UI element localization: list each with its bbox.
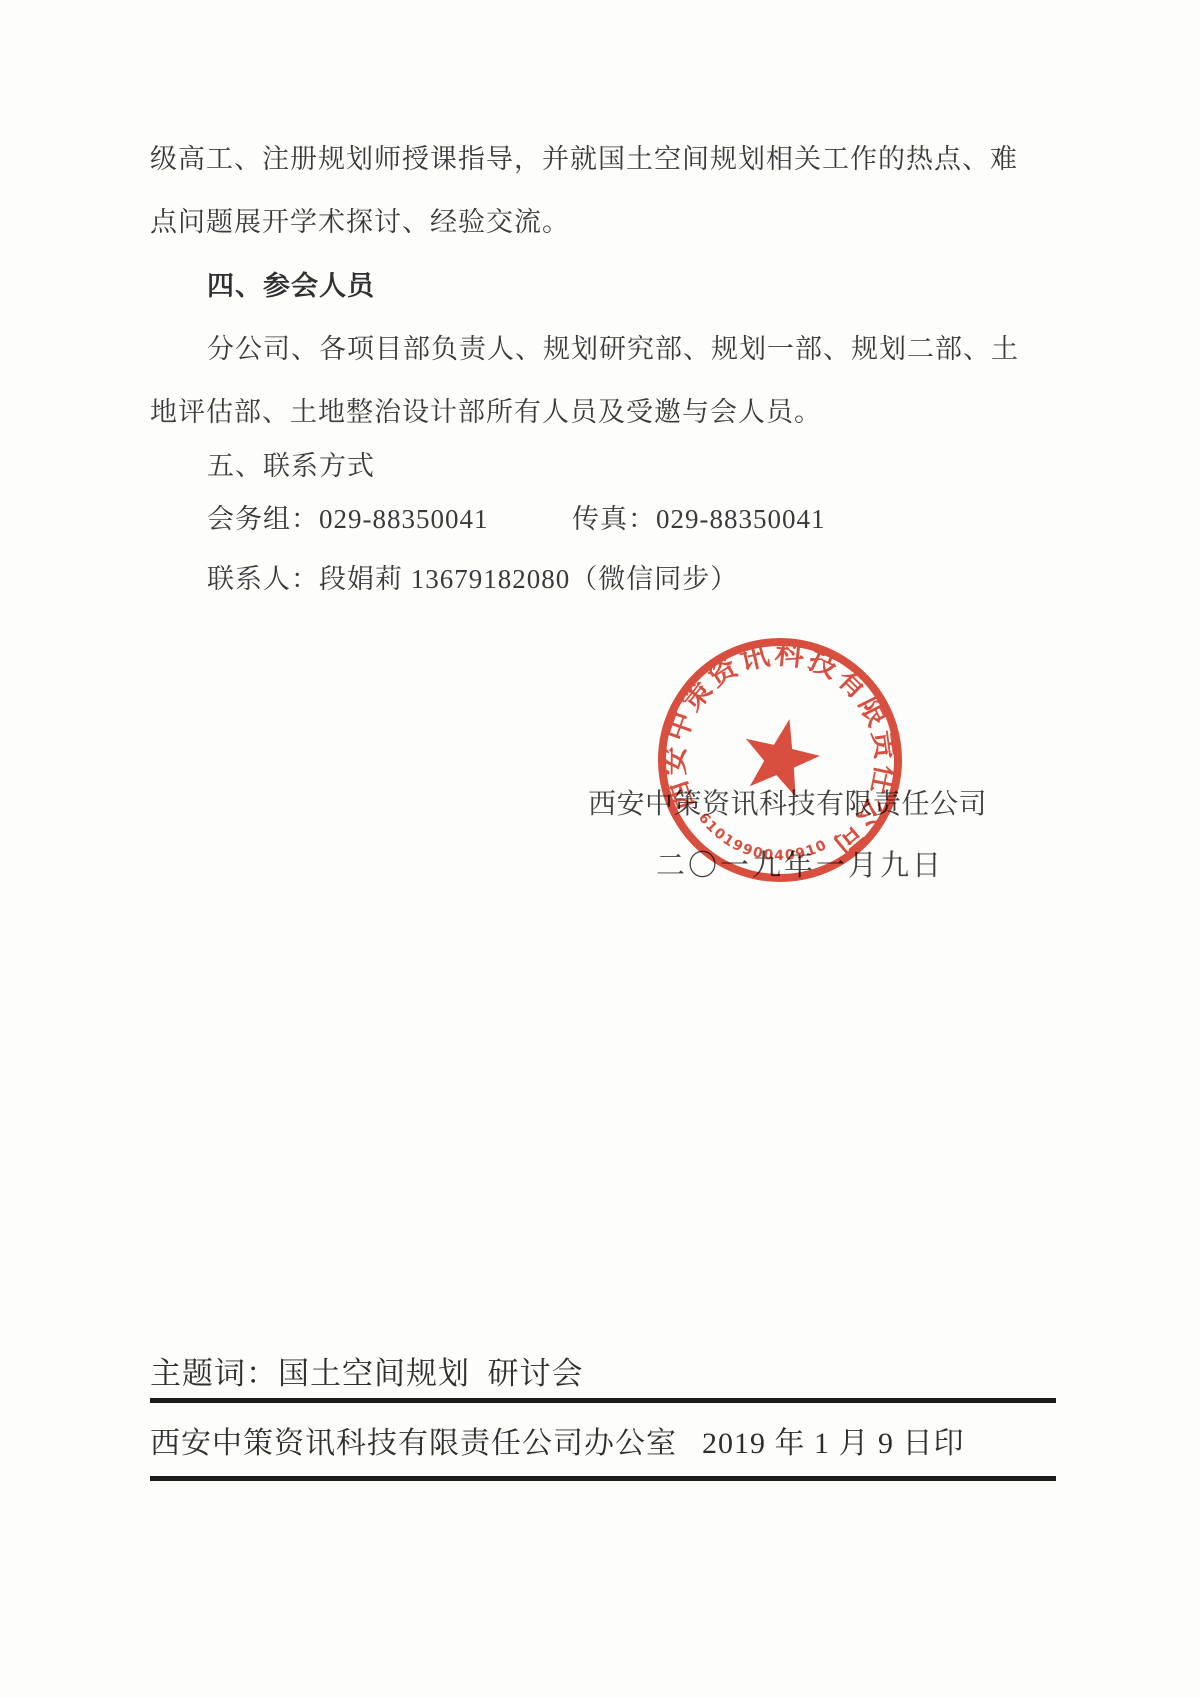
contact-conference-line: 会务组：029-88350041 <box>207 503 489 535</box>
paragraph-line: 级高工、注册规划师授课指导，并就国土空间规划相关工作的热点、难 <box>150 143 1018 175</box>
contact-person-line: 联系人：段娟莉 13679182080（微信同步） <box>207 563 738 595</box>
section-heading-5: 五、联系方式 <box>207 450 375 482</box>
print-date: 2019 年 1 月 9 日印 <box>702 1418 965 1462</box>
paragraph-line: 分公司、各项目部负责人、规划研究部、规划一部、规划二部、土 <box>207 333 1019 365</box>
footer-rule-bottom <box>150 1476 1056 1481</box>
keywords-line: 主题词：国土空间规划 研讨会 <box>150 1348 584 1393</box>
paragraph-line: 点问题展开学术探讨、经验交流。 <box>150 206 570 238</box>
contact-fax-line: 传真：029-88350041 <box>572 503 826 535</box>
seal-ring-text: 西安中策资讯科技有限责任公司 <box>641 612 927 872</box>
document-page: 级高工、注册规划师授课指导，并就国土空间规划相关工作的热点、难 点问题展开学术探… <box>0 0 1200 1698</box>
issuer-office: 西安中策资讯科技有限责任公司办公室 <box>150 1418 677 1462</box>
signature-company: 西安中策资讯科技有限责任公司 <box>588 782 987 822</box>
section-heading-4: 四、参会人员 <box>207 270 375 302</box>
footer-rule-top <box>150 1398 1056 1403</box>
signature-date: 二〇一九年一月九日 <box>656 843 944 884</box>
paragraph-line: 地评估部、土地整治设计部所有人员及受邀与会人员。 <box>150 396 822 428</box>
